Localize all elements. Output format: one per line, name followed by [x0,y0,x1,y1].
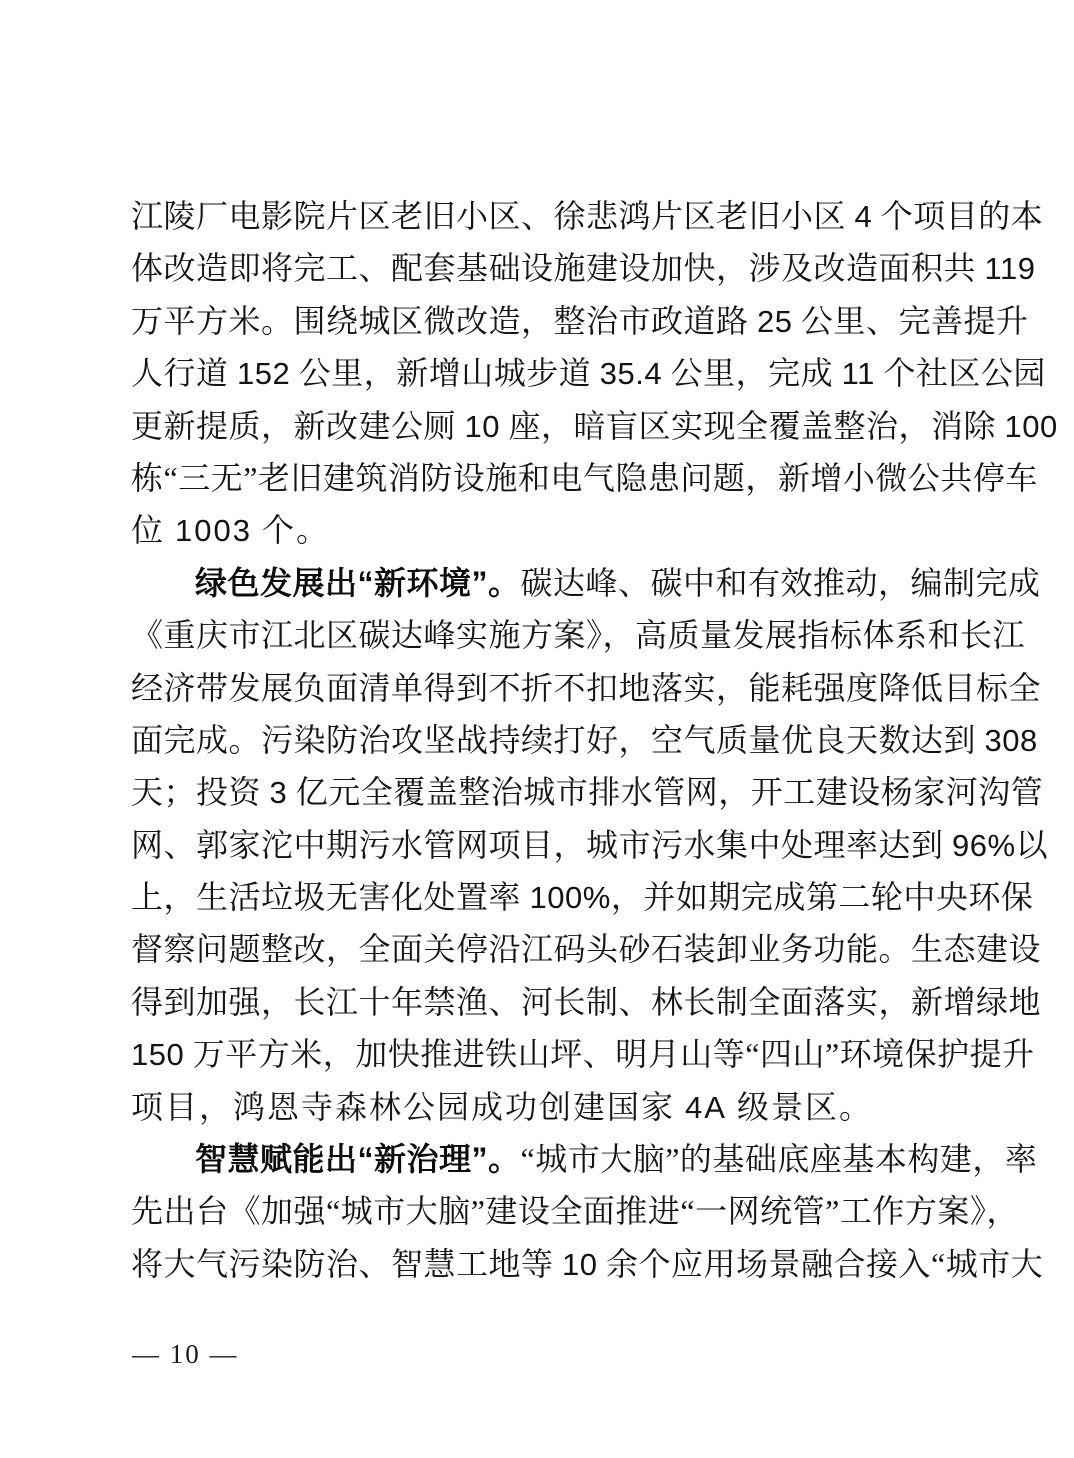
bold-lead: 智慧赋能出“新治理”。 [195,1141,521,1177]
text-line: 体改造即将完工、配套基础设施建设加快，涉及改造面积共 119 [131,242,946,294]
numeral: 150 [131,1037,184,1072]
numeral: 96% [952,828,1016,863]
text-line: 面完成。污染防治攻坚战持续打好，空气质量优良天数达到 308 [131,714,946,766]
numeral: 25 [757,304,792,339]
line-text: 经济带发展负面清单得到不折不扣地落实，能耗强度降低目标全 [131,670,1041,706]
line-text: 项目，鸿恩寺森林公园成功创建国家 4A 级景区。 [131,1089,873,1125]
numeral: 119 [985,251,1036,286]
line-text: 《重庆市江北区碳达峰实施方案》，高质量发展指标体系和长江 [131,617,1025,653]
line-text: 先出台《加强“城市大脑”建设全面推进“一网统管”工作方案》， [131,1193,1019,1229]
text-line: 网、郭家沱中期污水管网项目，城市污水集中处理率达到 96%以 [131,819,946,871]
numeral: 100% [530,880,611,915]
paragraph: 江陵厂电影院片区老旧小区、徐悲鸿片区老旧小区 4 个项目的本体改造即将完工、配套… [131,190,946,557]
numeral: 3 [270,775,288,810]
numeral: 10 [562,1247,597,1282]
line-text: 万平方米。围绕城区微改造，整治市政道路 25 公里、完善提升 [131,303,1029,339]
text-line: 将大气污染防治、智慧工地等 10 余个应用场景融合接入“城市大 [131,1238,946,1290]
document-page: 江陵厂电影院片区老旧小区、徐悲鸿片区老旧小区 4 个项目的本体改造即将完工、配套… [0,0,1074,1458]
line-text: 江陵厂电影院片区老旧小区、徐悲鸿片区老旧小区 4 个项目的本 [131,198,1043,234]
numeral: 4 [855,199,873,234]
line-text: 天；投资 3 亿元全覆盖整治城市排水管网，开工建设杨家河沟管 [131,774,1043,810]
text-line: 督察问题整改，全面关停沿江码头砂石装卸业务功能。生态建设 [131,923,946,975]
numeral: 11 [842,356,875,391]
text-line: 项目，鸿恩寺森林公园成功创建国家 4A 级景区。 [131,1081,946,1133]
text-line: 更新提质，新改建公厕 10 座，暗盲区实现全覆盖整治，消除 100 [131,400,946,452]
numeral: 1003 [175,513,252,548]
numeral: 4 [685,1090,704,1125]
line-text: 栋“三无”老旧建筑消防设施和电气隐患问题，新增小微公共停车 [131,460,1038,496]
line-text: 将大气污染防治、智慧工地等 10 余个应用场景融合接入“城市大 [131,1246,1043,1282]
line-text: 位 1003 个。 [131,512,330,548]
numeral: 100 [1005,409,1058,444]
bold-lead: 绿色发展出“新环境”。 [195,565,521,601]
line-text: 上，生活垃圾无害化处置率 100%，并如期完成第二轮中央环保 [131,879,1033,915]
text-line: 150 万平方米，加快推进铁山坪、明月山等“四山”环境保护提升 [131,1028,946,1080]
text-line: 位 1003 个。 [131,504,946,556]
text-line: 栋“三无”老旧建筑消防设施和电气隐患问题，新增小微公共停车 [131,452,946,504]
line-text: 更新提质，新改建公厕 10 座，暗盲区实现全覆盖整治，消除 100 [131,408,1058,444]
text-line: 《重庆市江北区碳达峰实施方案》，高质量发展指标体系和长江 [131,609,946,661]
text-line: 得到加强，长江十年禁渔、河长制、林长制全面落实，新增绿地 [131,976,946,1028]
line-text: 碳达峰、碳中和有效推动，编制完成 [521,565,1041,601]
text-line: 绿色发展出“新环境”。碳达峰、碳中和有效推动，编制完成 [131,557,946,609]
numeral: 308 [985,723,1038,758]
text-line: 万平方米。围绕城区微改造，整治市政道路 25 公里、完善提升 [131,295,946,347]
text-line: 智慧赋能出“新治理”。“城市大脑”的基础底座基本构建，率 [131,1133,946,1185]
line-text: 网、郭家沱中期污水管网项目，城市污水集中处理率达到 96%以 [131,827,1048,863]
paragraph: 智慧赋能出“新治理”。“城市大脑”的基础底座基本构建，率先出台《加强“城市大脑”… [131,1133,946,1290]
document-body: 江陵厂电影院片区老旧小区、徐悲鸿片区老旧小区 4 个项目的本体改造即将完工、配套… [131,190,946,1290]
numeral: 10 [465,409,500,444]
line-text: 150 万平方米，加快推进铁山坪、明月山等“四山”环境保护提升 [131,1036,1035,1072]
text-line: 人行道 152 公里，新增山城步道 35.4 公里，完成 11 个社区公园 [131,347,946,399]
text-line: 江陵厂电影院片区老旧小区、徐悲鸿片区老旧小区 4 个项目的本 [131,190,946,242]
line-text: 督察问题整改，全面关停沿江码头砂石装卸业务功能。生态建设 [131,931,1041,967]
text-line: 先出台《加强“城市大脑”建设全面推进“一网统管”工作方案》， [131,1185,946,1237]
paragraph: 绿色发展出“新环境”。碳达峰、碳中和有效推动，编制完成《重庆市江北区碳达峰实施方… [131,557,946,1133]
text-line: 天；投资 3 亿元全覆盖整治城市排水管网，开工建设杨家河沟管 [131,766,946,818]
line-text: “城市大脑”的基础底座基本构建，率 [521,1141,1038,1177]
text-line: 上，生活垃圾无害化处置率 100%，并如期完成第二轮中央环保 [131,871,946,923]
text-line: 经济带发展负面清单得到不折不扣地落实，能耗强度降低目标全 [131,662,946,714]
numeral: A [704,1090,727,1125]
line-text: 体改造即将完工、配套基础设施建设加快，涉及改造面积共 119 [131,250,1035,286]
numeral: 152 [237,356,290,391]
line-text: 得到加强，长江十年禁渔、河长制、林长制全面落实，新增绿地 [131,984,1041,1020]
line-text: 面完成。污染防治攻坚战持续打好，空气质量优良天数达到 308 [131,722,1038,758]
line-text: 人行道 152 公里，新增山城步道 35.4 公里，完成 11 个社区公园 [131,355,1046,391]
numeral: 35.4 [600,356,662,391]
page-number: — 10 — [132,1338,239,1370]
